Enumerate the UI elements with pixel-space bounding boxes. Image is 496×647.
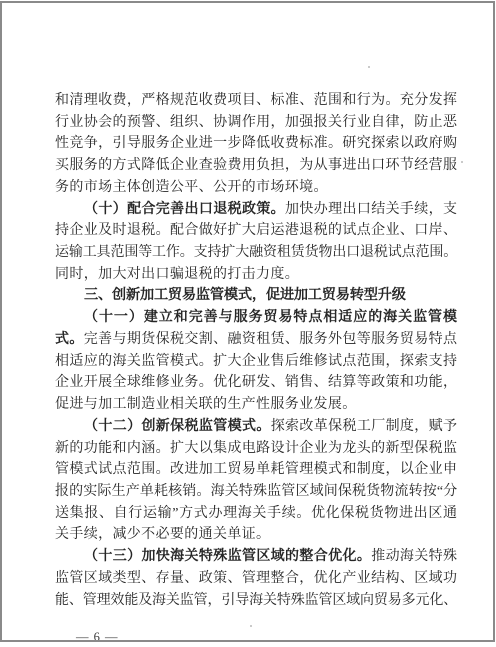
text-line: 持企业及时退税。配合做好扩大启运港退税的试点企业、口岸、 — [55, 220, 457, 242]
text-line: （十二）创新保税监管模式。探索改革保税工厂制度，赋予 — [55, 416, 457, 438]
text-line: （十一）建立和完善与服务贸易特点相适应的海关监管模 — [55, 307, 457, 329]
text-line: 性竞争，引导服务企业进一步降低收费标准。研究探索以政府购 — [55, 133, 457, 155]
text-line: 相适应的海关监管模式。扩大企业售后维修试点范围，探索支持 — [55, 351, 457, 373]
text-segment: 相适应的海关监管模式。扩大企业售后维修试点范围，探索支持 — [55, 354, 457, 369]
text-line: 关手续，减少不必要的通关单证。 — [55, 524, 457, 546]
text-line: 能、管理效能及海关监管，引导海关特殊监管区域向贸易多元化、 — [55, 590, 457, 612]
bold-text-segment: （十）配合完善出口退税政策。 — [84, 202, 285, 217]
scan-noise — [250, 625, 252, 627]
text-line: 买服务的方式降低企业查验费用负担，为从事进出口环节经营服 — [55, 155, 457, 177]
scan-noise — [461, 161, 463, 163]
scan-noise — [368, 66, 370, 68]
bold-text-segment: （十二）创新保税监管模式。 — [84, 419, 271, 434]
text-line: 和清理收费，严格规范收费项目、标准、范围和行为。充分发挥 — [55, 90, 457, 112]
text-segment: 报的实际生产单耗核销。海关特殊监管区域间保税货物流转按“分 — [55, 484, 457, 499]
document-body: 和清理收费，严格规范收费项目、标准、范围和行为。充分发挥行业协会的预警、组织、协… — [55, 90, 457, 611]
text-segment: 管模式试点范围。改进加工贸易单耗管理模式和制度，以企业申 — [55, 462, 457, 477]
text-segment: 持企业及时退税。配合做好扩大启运港退税的试点企业、口岸、 — [55, 223, 457, 238]
text-line: 行业协会的预警、组织、协调作用，加强报关行业自律，防止恶 — [55, 112, 457, 134]
text-line: 管模式试点范围。改进加工贸易单耗管理模式和制度，以企业申 — [55, 459, 457, 481]
text-segment: 完善与期货保税交割、融资租赁、服务外包等服务贸易特点 — [84, 332, 457, 347]
text-segment: 促进与加工制造业相关联的生产性服务业发展。 — [55, 397, 357, 412]
text-segment: 性竞争，引导服务企业进一步降低收费标准。研究探索以政府购 — [55, 136, 457, 151]
text-segment: 能、管理效能及海关监管，引导海关特殊监管区域向贸易多元化、 — [55, 593, 457, 608]
bold-text-segment: 三、创新加工贸易监管模式，促进加工贸易转型升级 — [84, 287, 406, 303]
text-line: 同时，加大对出口骗退税的打击力度。 — [55, 264, 457, 286]
text-line: 企业开展全球维修业务。优化研发、销售、结算等政策和功能， — [55, 372, 457, 394]
text-line: 务的市场主体创造公平、公开的市场环境。 — [55, 177, 457, 199]
scanned-page: 和清理收费，严格规范收费项目、标准、范围和行为。充分发挥行业协会的预警、组织、协… — [0, 0, 496, 647]
text-line: 促进与加工制造业相关联的生产性服务业发展。 — [55, 394, 457, 416]
section-heading: 三、创新加工贸易监管模式，促进加工贸易转型升级 — [55, 285, 457, 307]
text-line: 新的功能和内涵。扩大以集成电路设计企业为龙头的新型保税监 — [55, 438, 457, 460]
text-line: 监管区域类型、存量、政策、管理整合，优化产业结构、区域功 — [55, 568, 457, 590]
text-segment: 关手续，减少不必要的通关单证。 — [55, 527, 270, 542]
text-line: 运输工具范围等工作。支持扩大融资租赁货物出口退税试点范围。 — [55, 242, 457, 264]
text-segment: 新的功能和内涵。扩大以集成电路设计企业为龙头的新型保税监 — [55, 441, 457, 456]
bold-text-segment: （十一）建立和完善与服务贸易特点相适应的海关监管模 — [84, 310, 457, 325]
text-line: 式。完善与期货保税交割、融资租赁、服务外包等服务贸易特点 — [55, 329, 457, 351]
text-segment: 行业协会的预警、组织、协调作用，加强报关行业自律，防止恶 — [55, 115, 457, 130]
text-segment: 务的市场主体创造公平、公开的市场环境。 — [55, 180, 328, 195]
text-segment: 推动海关特殊 — [371, 549, 457, 564]
text-segment: 同时，加大对出口骗退税的打击力度。 — [55, 267, 299, 282]
text-segment: 运输工具范围等工作。支持扩大融资租赁货物出口退税试点范围。 — [55, 245, 457, 260]
text-segment: 企业开展全球维修业务。优化研发、销售、结算等政策和功能， — [55, 375, 457, 390]
bold-text-segment: （十三）加快海关特殊监管区域的整合优化。 — [84, 549, 371, 564]
text-line: 报的实际生产单耗核销。海关特殊监管区域间保税货物流转按“分 — [55, 481, 457, 503]
page-number: — 6 — — [76, 630, 119, 645]
bold-text-segment: 式。 — [55, 332, 84, 347]
text-segment: 加快办理出口结关手续，支 — [285, 202, 457, 217]
text-segment: 监管区域类型、存量、政策、管理整合，优化产业结构、区域功 — [55, 571, 457, 586]
text-segment: 买服务的方式降低企业查验费用负担，为从事进出口环节经营服 — [55, 158, 457, 173]
text-segment: 探索改革保税工厂制度，赋予 — [271, 419, 457, 434]
text-line: 送集报、自行运输”方式办理海关手续。优化保税货物进出区通 — [55, 503, 457, 525]
text-line: （十三）加快海关特殊监管区域的整合优化。推动海关特殊 — [55, 546, 457, 568]
text-segment: 送集报、自行运输”方式办理海关手续。优化保税货物进出区通 — [55, 506, 457, 521]
text-segment: 和清理收费，严格规范收费项目、标准、范围和行为。充分发挥 — [55, 93, 457, 108]
text-line: （十）配合完善出口退税政策。加快办理出口结关手续，支 — [55, 199, 457, 221]
